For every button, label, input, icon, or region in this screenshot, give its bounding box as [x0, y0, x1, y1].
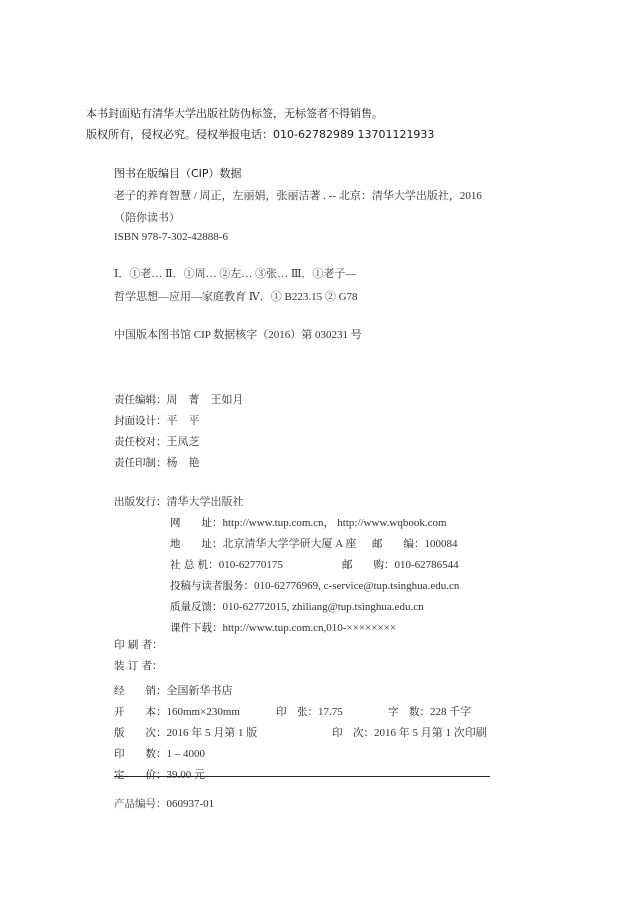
- words-value: 228 千字: [430, 706, 471, 718]
- words-label: 字 数：: [388, 706, 430, 718]
- postcode-label: 邮 编：: [372, 538, 425, 550]
- impression-value: 2016 年 5 月第 1 次印刷: [374, 727, 487, 739]
- switchboard-label: 社 总 机：: [170, 559, 219, 571]
- cip-subjects-line1: Ⅰ．①老… Ⅱ．①周… ②左… ③张… Ⅲ．①老子—: [114, 265, 356, 281]
- price-label: 定 价：: [114, 769, 167, 781]
- website-value: http://www.tup.com.cn， http://www.wqbook…: [223, 517, 447, 529]
- download-value: http://www.tup.com.cn,010-××××××××: [223, 622, 397, 634]
- cip-core-number: 中国版本图书馆 CIP 数据核字（2016）第 030231 号: [114, 326, 362, 342]
- feedback-value: 010-62772015, zhiliang@tup.tsinghua.edu.…: [223, 601, 424, 613]
- divider-rule: [114, 776, 490, 777]
- address-label: 地 址：: [170, 538, 223, 550]
- format-row: 开 本：160mm×230mm: [114, 700, 240, 719]
- sheets-row: 印 张：17.75: [276, 700, 343, 719]
- cip-series: （陪你读书）: [114, 209, 180, 225]
- staff-row-editor: 责任编辑：周 菁 王如月: [114, 388, 244, 407]
- product-number-value: 060937-01: [167, 798, 215, 810]
- impression-row: 印 次：2016 年 5 月第 1 次印刷: [332, 721, 487, 740]
- distributor-row: 经 销：全国新华书店: [114, 679, 233, 698]
- edition-value: 2016 年 5 月第 1 版: [167, 727, 258, 739]
- switchboard-value: 010-62770175: [219, 559, 283, 571]
- price-row: 定 价：39.00 元: [114, 763, 205, 782]
- distributor-label: 经 销：: [114, 685, 167, 697]
- mailorder-value: 010-62786544: [395, 559, 459, 571]
- publisher-postcode-row: 邮 编：100084: [372, 532, 458, 551]
- cip-entry: 老子的养育智慧 / 周正，左丽娟，张丽洁著 . -- 北京：清华大学出版社，20…: [114, 187, 482, 203]
- publisher-row: 出版发行：清华大学出版社: [114, 490, 244, 509]
- publisher-service-row: 投稿与读者服务：010-62776969, c-service@tup.tsin…: [170, 574, 459, 593]
- sheets-value: 17.75: [318, 706, 343, 718]
- edition-label: 版 次：: [114, 727, 167, 739]
- cip-title: 图书在版编目（CIP）数据: [114, 165, 242, 181]
- staff-label: 封面设计：: [114, 415, 167, 427]
- print-run-row: 印 数：1 – 4000: [114, 742, 205, 761]
- cip-subjects-line2: 哲学思想—应用—家庭教育 Ⅳ．① B223.15 ② G78: [114, 288, 358, 304]
- staff-label: 责任印制：: [114, 457, 167, 469]
- print-run-label: 印 数：: [114, 748, 167, 760]
- edition-row: 版 次：2016 年 5 月第 1 版: [114, 721, 257, 740]
- staff-value: 周 菁 王如月: [167, 394, 244, 406]
- product-number-row: 产品编号：060937-01: [114, 792, 214, 811]
- publisher-mailorder-row: 邮 购：010-62786544: [342, 553, 459, 572]
- feedback-label: 质量反馈：: [170, 601, 223, 613]
- website-label: 网 址：: [170, 517, 223, 529]
- staff-row-proofreader: 责任校对：王凤芝: [114, 430, 200, 449]
- publisher-label: 出版发行：: [114, 496, 167, 508]
- sheets-label: 印 张：: [276, 706, 318, 718]
- copyright-notice: 版权所有，侵权必究。侵权举报电话：010-62782989 1370112193…: [86, 126, 434, 142]
- download-label: 课件下载：: [170, 622, 223, 634]
- staff-row-print-manager: 责任印制：杨 艳: [114, 451, 200, 470]
- postcode-value: 100084: [425, 538, 458, 550]
- words-row: 字 数：228 千字: [388, 700, 471, 719]
- mailorder-label: 邮 购：: [342, 559, 395, 571]
- publisher-feedback-row: 质量反馈：010-62772015, zhiliang@tup.tsinghua…: [170, 595, 424, 614]
- staff-label: 责任编辑：: [114, 394, 167, 406]
- product-number-label: 产品编号：: [114, 798, 167, 810]
- service-value: 010-62776969, c-service@tup.tsinghua.edu…: [254, 580, 459, 592]
- staff-label: 责任校对：: [114, 436, 167, 448]
- printer-label: 印 刷 者：: [114, 637, 163, 652]
- cip-isbn: ISBN 978-7-302-42888-6: [114, 231, 228, 243]
- address-value: 北京清华大学学研大厦 A 座: [223, 538, 357, 550]
- binder-label: 装 订 者：: [114, 658, 163, 673]
- publisher-website-row: 网 址：http://www.tup.com.cn， http://www.wq…: [170, 511, 447, 530]
- anti-counterfeit-notice: 本书封面贴有清华大学出版社防伪标签，无标签者不得销售。: [86, 105, 383, 121]
- impression-label: 印 次：: [332, 727, 374, 739]
- format-label: 开 本：: [114, 706, 167, 718]
- publisher-switchboard-row: 社 总 机：010-62770175: [170, 553, 283, 572]
- format-value: 160mm×230mm: [167, 706, 240, 718]
- staff-value: 王凤芝: [167, 436, 200, 448]
- staff-value: 平 平: [167, 415, 200, 427]
- publisher-download-row: 课件下载：http://www.tup.com.cn,010-××××××××: [170, 616, 396, 635]
- publisher-address-row: 地 址：北京清华大学学研大厦 A 座: [170, 532, 356, 551]
- staff-row-cover-design: 封面设计：平 平: [114, 409, 200, 428]
- price-value: 39.00 元: [167, 769, 206, 781]
- staff-value: 杨 艳: [167, 457, 200, 469]
- distributor-value: 全国新华书店: [167, 685, 233, 697]
- print-run-value: 1 – 4000: [167, 748, 206, 760]
- publisher-name: 清华大学出版社: [167, 496, 244, 508]
- service-label: 投稿与读者服务：: [170, 580, 254, 592]
